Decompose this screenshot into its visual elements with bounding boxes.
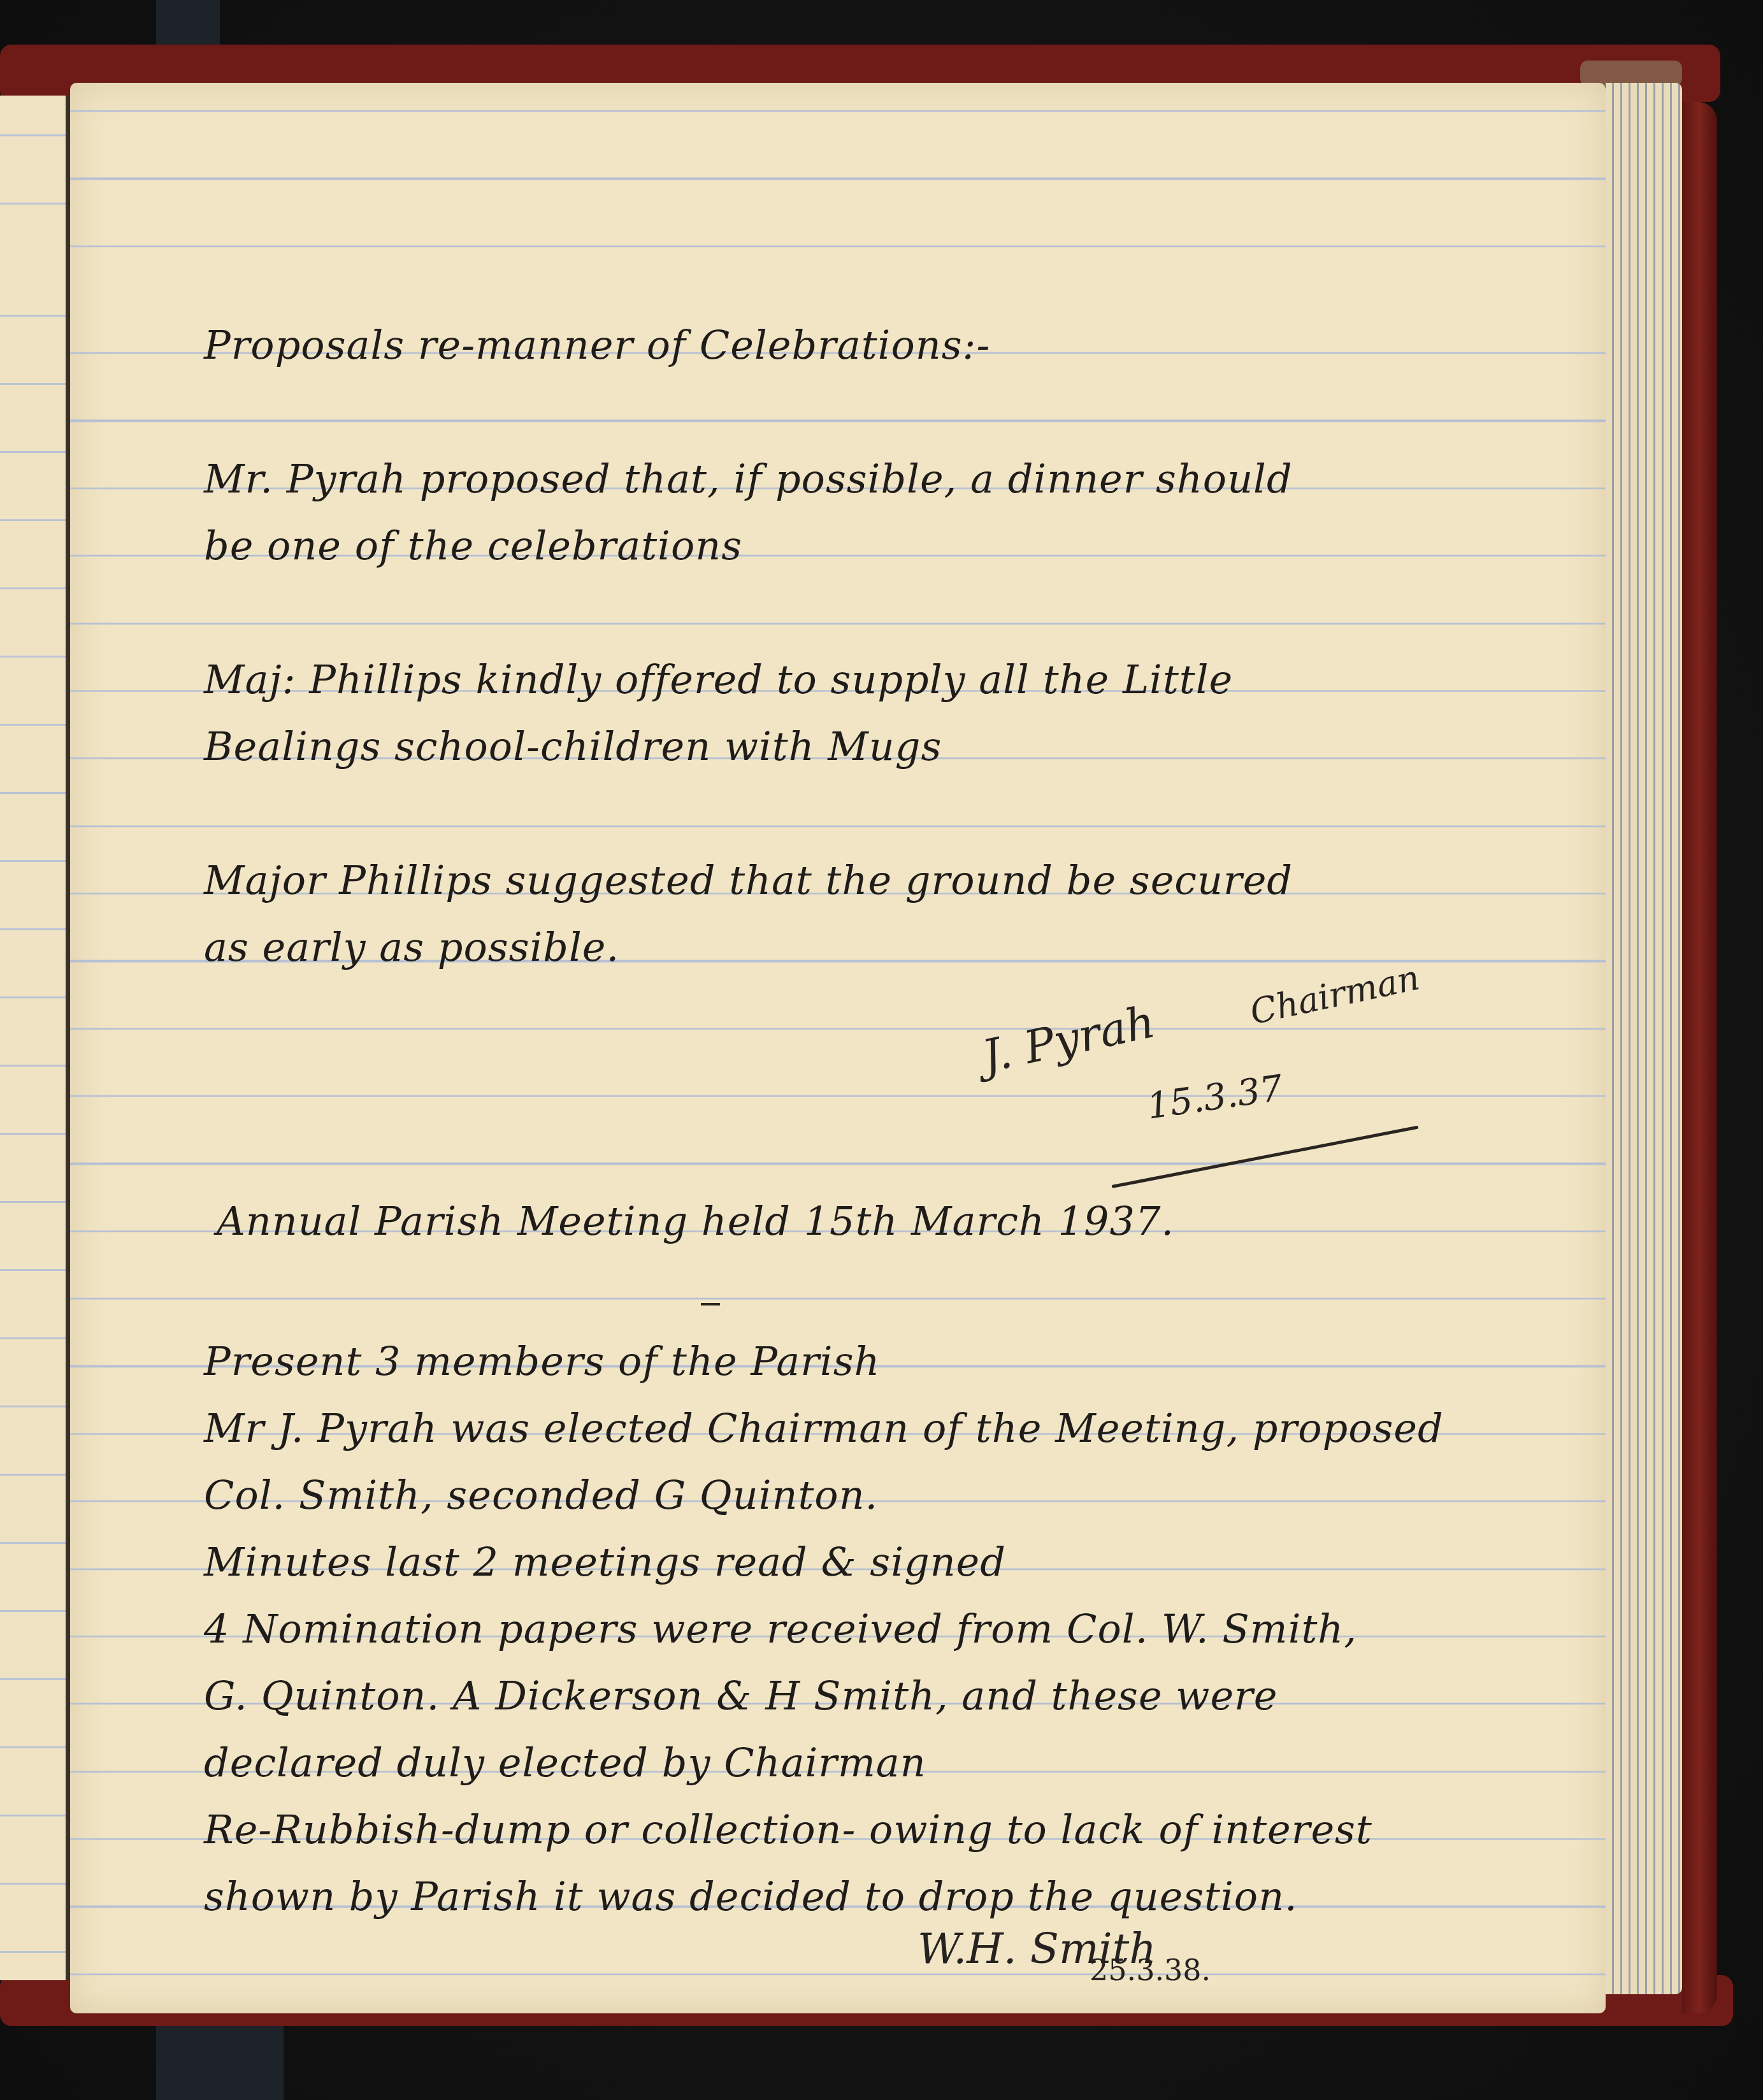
page-stack-edges (1606, 83, 1682, 1994)
entry-line: Bealings school-children with Mugs (204, 723, 942, 770)
entry-heading: Annual Parish Meeting held 15th March 19… (217, 1198, 1174, 1244)
entry-line: declared duly elected by Chairman (204, 1739, 926, 1786)
entry-line: shown by Parish it was decided to drop t… (204, 1873, 1298, 1920)
left-page-edge (0, 96, 68, 1980)
entry-line: Mr. Pyrah proposed that, if possible, a … (204, 456, 1293, 502)
ruled-lines (70, 83, 1606, 2013)
cover-spine-right (1682, 102, 1717, 2013)
entry-heading: Proposals re-manner of Celebrations:- (204, 322, 990, 368)
entry-line: G. Quinton. A Dickerson & H Smith, and t… (204, 1672, 1277, 1719)
entry-line: be one of the celebrations (204, 522, 742, 569)
entry-line: Major Phillips suggested that the ground… (204, 857, 1293, 903)
separator-dash (701, 1303, 720, 1305)
entry-line: Minutes last 2 meetings read & signed (204, 1539, 1006, 1585)
entry-line: Re-Rubbish-dump or collection- owing to … (204, 1806, 1372, 1853)
notebook-page (70, 83, 1606, 2013)
cover-fray-top-right (1580, 61, 1682, 86)
signature-date: 25.3.38. (1090, 1953, 1211, 1987)
entry-line: Mr J. Pyrah was elected Chairman of the … (204, 1405, 1444, 1451)
entry-line: 4 Nomination papers were received from C… (204, 1606, 1357, 1652)
entry-line: as early as possible. (204, 924, 619, 970)
entry-line: Col. Smith, seconded G Quinton. (204, 1472, 878, 1518)
entry-line: Maj: Phillips kindly offered to supply a… (204, 656, 1233, 703)
entry-line: Present 3 members of the Parish (204, 1338, 880, 1384)
